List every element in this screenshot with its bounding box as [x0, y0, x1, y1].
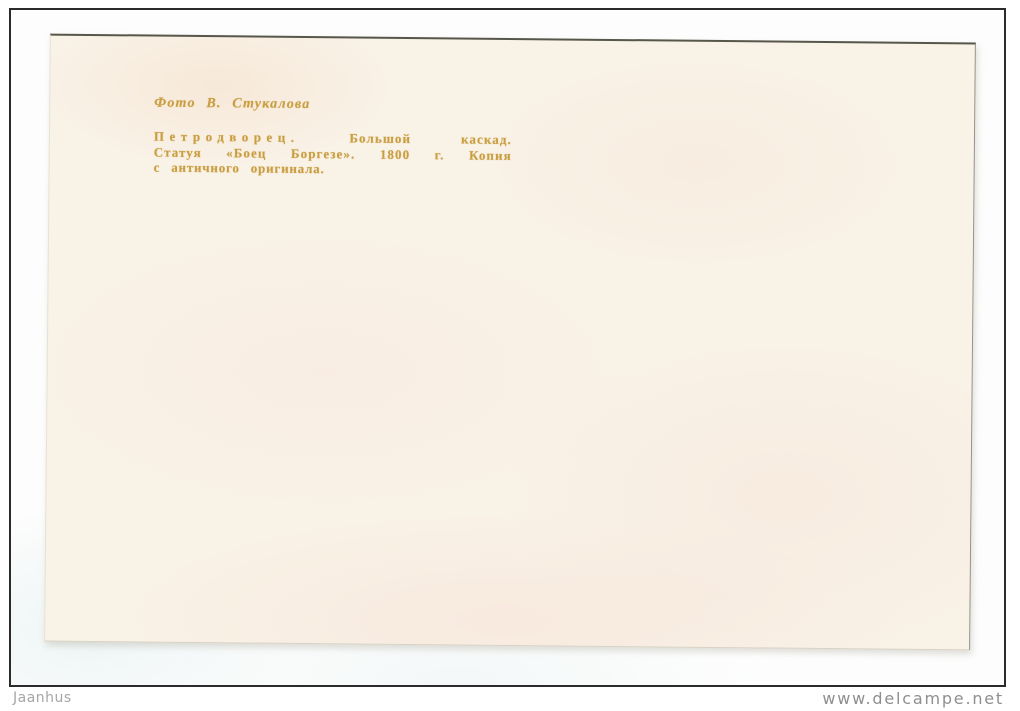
caption-word-petrodvorets: Петродворец. — [154, 129, 300, 146]
page: { "colors": { "page-bg": "#ffffff", "fra… — [0, 0, 1020, 711]
caption-word-kaskad: каскад. — [461, 132, 512, 148]
caption-line-3-text: с античного оригинала. — [154, 160, 325, 177]
caption-word-borgeze: Боргезе». — [291, 145, 356, 161]
caption-word-statuya: Статуя — [154, 144, 202, 160]
watermark-delcampe: www.delcampe.net — [822, 689, 1004, 708]
photo-credit: Фото В. Стукалова — [154, 96, 310, 113]
scan-frame: Фото В. Стукалова Петродворец. Большой к… — [9, 8, 1006, 687]
caption-line-3: с античного оригинала. — [154, 160, 512, 179]
watermark-jaanhus: Jaanhus — [13, 690, 72, 706]
caption-word-kopiya: Копия — [469, 147, 512, 163]
postcard-back: Фото В. Стукалова Петродворец. Большой к… — [44, 34, 976, 651]
caption-word-g: г. — [435, 147, 445, 163]
caption-block: Петродворец. Большой каскад. Статуя «Бое… — [154, 129, 512, 179]
caption-word-year: 1800 — [380, 146, 411, 162]
caption-word-bolshoy: Большой — [349, 130, 411, 146]
scan-viewport: Фото В. Стукалова Петродворец. Большой к… — [0, 0, 1020, 711]
caption-word-boets: «Боец — [226, 145, 267, 161]
